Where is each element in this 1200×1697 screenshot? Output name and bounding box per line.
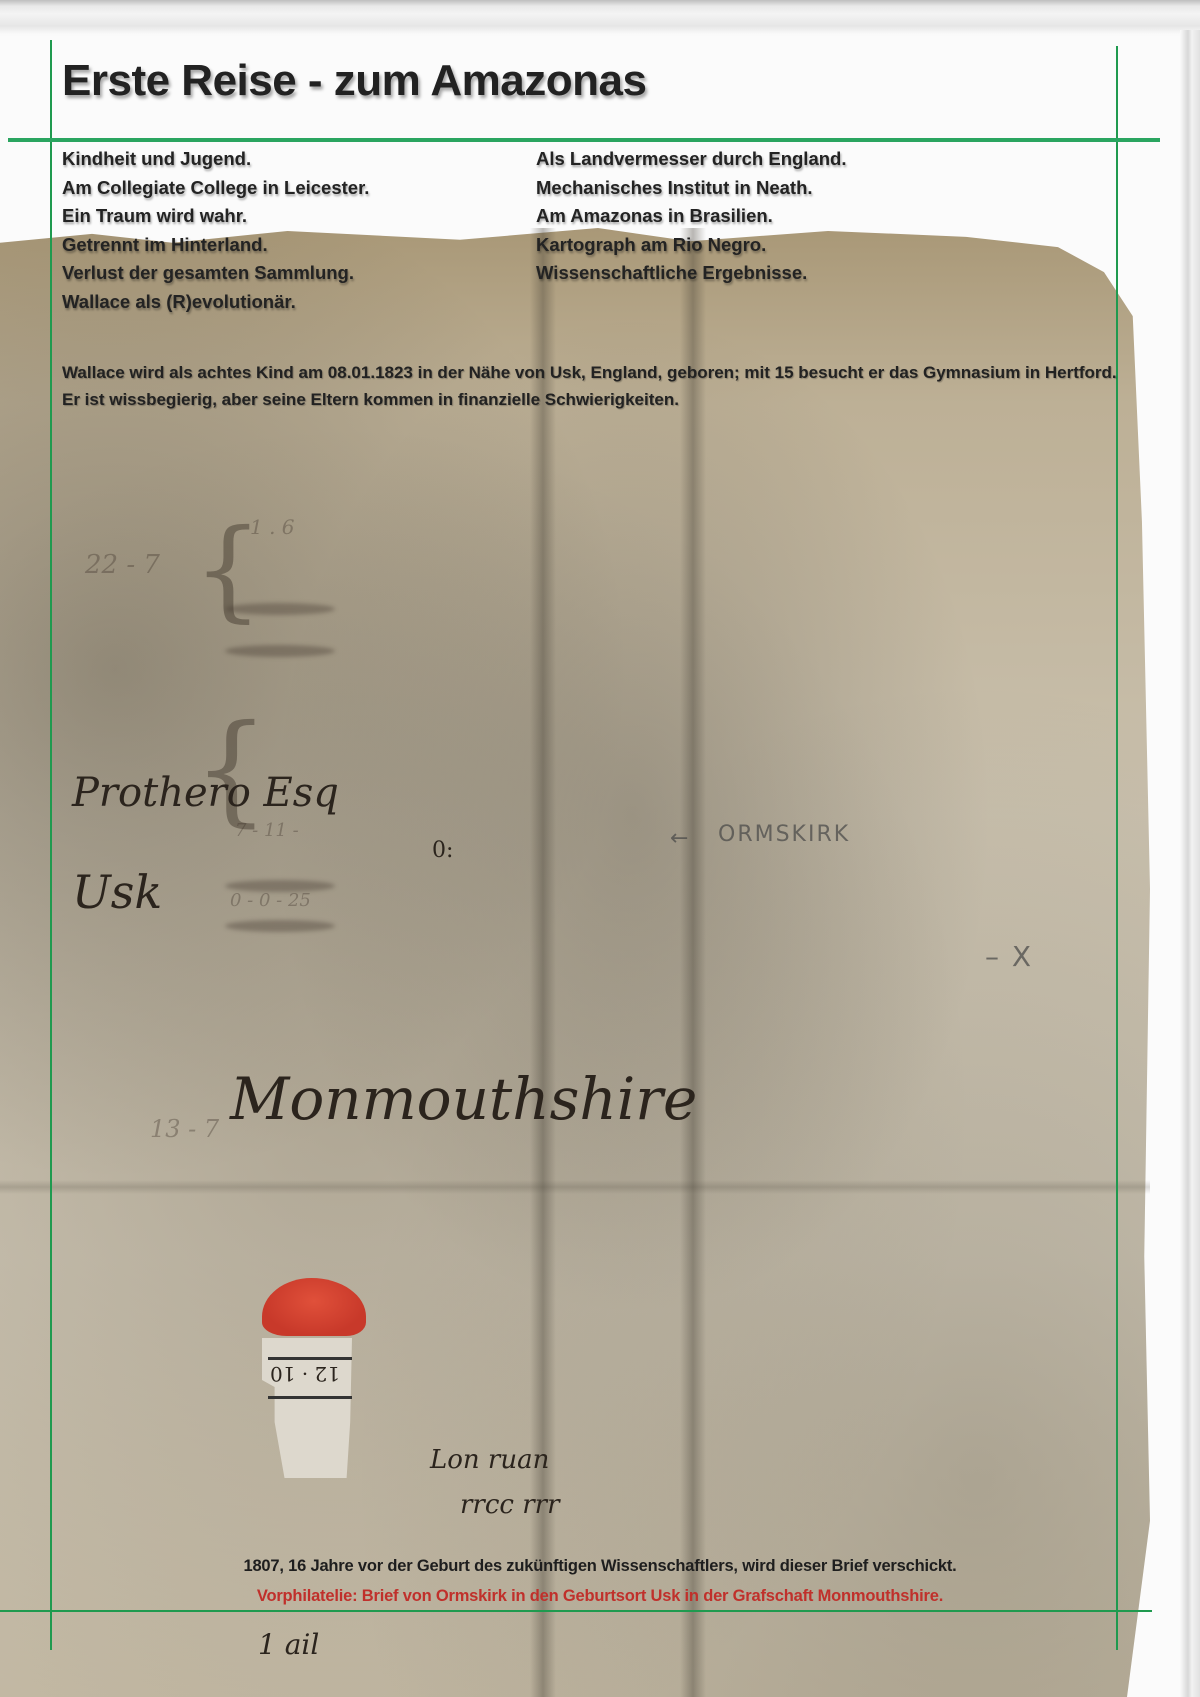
- stamp-ghost: [225, 645, 335, 657]
- faint-number: 7 - 11 -: [235, 820, 299, 841]
- footer-rule: [0, 1610, 1152, 1612]
- faint-number: 13 - 7: [150, 1115, 219, 1143]
- chapter-item: Wissenschaftliche Ergebnisse.: [536, 259, 846, 288]
- chapter-item: Kartograph am Rio Negro.: [536, 231, 846, 260]
- faint-number: 22 - 7: [85, 550, 160, 580]
- arrow-left-icon: ←: [670, 826, 690, 851]
- chapter-item: Kindheit und Jugend.: [62, 145, 369, 174]
- caption-prephilately-line: Vorphilatelie: Brief von Ormskirk in den…: [0, 1587, 1200, 1606]
- bottom-mark: 1 ail: [258, 1628, 319, 1661]
- stamp-ghost: [225, 920, 335, 932]
- chapter-item: Am Collegiate College in Leicester.: [62, 174, 369, 203]
- sleeve-edge: [1180, 30, 1200, 1697]
- chapter-list-right: Als Landvermesser durch England. Mechani…: [536, 145, 846, 288]
- chapter-item: Wallace als (R)evolutionär.: [62, 288, 369, 317]
- stamp-ghost: [225, 880, 335, 892]
- intro-paragraph: Wallace wird als achtes Kind am 08.01.18…: [62, 359, 1122, 413]
- bottom-script: rrcc rrr: [460, 1490, 560, 1520]
- chapter-item: Am Amazonas in Brasilien.: [536, 202, 846, 231]
- seal-rule: [268, 1357, 352, 1360]
- address-name: Prothero Esq: [72, 770, 339, 816]
- faint-number: 1 . 6: [250, 515, 295, 539]
- page-title: Erste Reise - zum Amazonas: [62, 56, 646, 106]
- address-county: Monmouthshire: [230, 1065, 697, 1133]
- chapter-item: Ein Traum wird wahr.: [62, 202, 369, 231]
- pencil-mark: – X: [985, 940, 1033, 973]
- chapter-item: Verlust der gesamten Sammlung.: [62, 259, 369, 288]
- pencil-note-ormskirk: ORMSKIRK: [718, 822, 850, 847]
- seal-rule: [268, 1396, 352, 1399]
- guide-line-right: [1116, 46, 1118, 1650]
- seal-numbers: 12 · 10: [270, 1362, 340, 1386]
- letter-fold-vertical: [530, 228, 556, 1697]
- caption-date-line: 1807, 16 Jahre vor der Geburt des zukünf…: [0, 1557, 1200, 1576]
- header-rule: [8, 138, 1160, 142]
- chapter-item: Mechanisches Institut in Neath.: [536, 174, 846, 203]
- letter-fold-vertical: [680, 228, 706, 1697]
- stamp-ghost: [225, 603, 335, 615]
- address-town: Usk: [72, 865, 162, 919]
- rate-mark: 0:: [432, 838, 453, 863]
- chapter-item: Getrennt im Hinterland.: [62, 231, 369, 260]
- faint-number: 0 - 0 - 25: [230, 890, 311, 911]
- chapter-item: Als Landvermesser durch England.: [536, 145, 846, 174]
- guide-line-left: [50, 40, 52, 1650]
- letter-fold-horizontal: [0, 1180, 1150, 1194]
- aged-letter: [0, 228, 1150, 1697]
- chapter-list-left: Kindheit und Jugend. Am Collegiate Colle…: [62, 145, 369, 316]
- bottom-script: Lon ruan: [430, 1445, 549, 1475]
